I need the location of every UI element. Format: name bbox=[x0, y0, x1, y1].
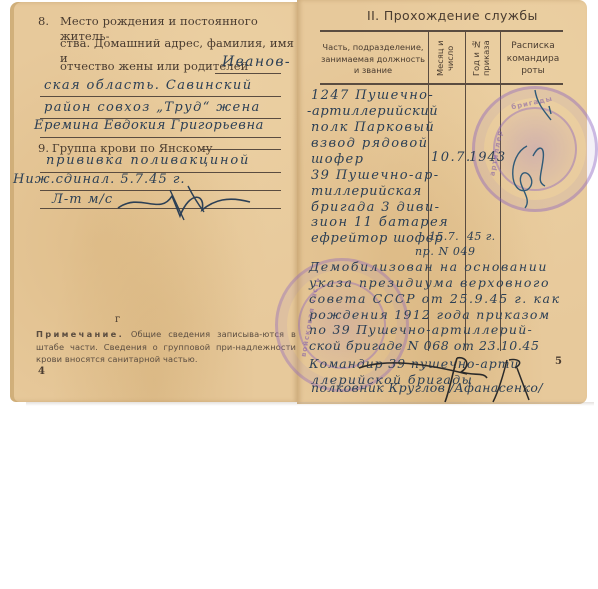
rule bbox=[40, 190, 281, 191]
right-page: II. Прохождение службы Часть, подразделе… bbox=[297, 0, 587, 404]
service-entry: 1247 Пушечно- bbox=[311, 88, 434, 104]
table-header-rule bbox=[320, 83, 563, 85]
demob-line: Демобилизован на основании bbox=[309, 259, 548, 275]
service-entry: полк Парковый bbox=[311, 120, 435, 136]
demob-line: ской бригаде N 068 от 23.10.45 bbox=[309, 338, 540, 354]
item8-number: 8. bbox=[38, 14, 49, 29]
header-year-order: Год и № приказа bbox=[471, 36, 495, 80]
service-entry: -артиллерийский bbox=[307, 104, 438, 120]
demob-line: рождения 1912 года приказом bbox=[309, 307, 550, 323]
rule bbox=[40, 96, 281, 97]
rule bbox=[40, 208, 281, 209]
official-stamp-upper: бригады артиллер bbox=[472, 86, 598, 212]
header-commander-sign: Расписка командира роты bbox=[502, 40, 564, 78]
commander-signature-line: полковник Круглов /Афанасенко/ bbox=[311, 380, 543, 396]
margin-mark: г bbox=[115, 312, 120, 327]
left-page: 8. Место рождения и постоянного житель- … bbox=[10, 2, 298, 402]
section-title: II. Прохождение службы bbox=[367, 8, 538, 23]
service-entry: тиллерийская bbox=[311, 184, 422, 200]
page-shadow bbox=[26, 402, 594, 406]
commander-line: Командир 39 пушечно-арти bbox=[309, 356, 519, 372]
rule bbox=[200, 149, 281, 150]
military-booklet-spread: 8. Место рождения и постоянного житель- … bbox=[10, 0, 587, 404]
item8-hand-line: Еремина Евдокия Григорьевна bbox=[34, 118, 264, 134]
table-top-rule bbox=[320, 30, 563, 32]
item8-hand-start: Иванов- bbox=[222, 54, 291, 70]
header-month-day: Месяц и число bbox=[435, 36, 459, 80]
note-block: Примечание. Общие сведения записыва-ются… bbox=[36, 328, 296, 366]
service-entry: бригада 3 диви- bbox=[311, 200, 440, 216]
demob-line: совета СССР от 25.9.45 г. как bbox=[309, 291, 561, 307]
rule bbox=[215, 73, 281, 74]
item9-hand-line: Л-т м/с bbox=[52, 192, 113, 208]
service-entry: шофер bbox=[311, 152, 364, 168]
service-date: 10.7. bbox=[431, 150, 472, 166]
item8-line3: отчество жены или родителей bbox=[60, 59, 248, 74]
medic-signature bbox=[110, 182, 260, 224]
service-year: 1943 bbox=[469, 150, 506, 166]
page-number-right: 5 bbox=[555, 356, 562, 367]
item8-hand-line: ская область. Савинский bbox=[44, 78, 252, 94]
note-title: Примечание. bbox=[36, 329, 124, 339]
page-number-left: 4 bbox=[38, 366, 45, 377]
demob-line: по 39 Пушечно-артиллерий- bbox=[309, 322, 533, 338]
demob-line: указа президиума верховного bbox=[309, 275, 550, 291]
service-date: 15.7. bbox=[429, 229, 459, 245]
item9-hand-line: Ниж.сдинал. 5.7.45 г. bbox=[13, 172, 186, 188]
service-entry: 39 Пушечно-ар- bbox=[311, 168, 440, 184]
service-entry: взвод рядовой bbox=[311, 136, 428, 152]
item9-hand-line: прививка поливакциной bbox=[46, 153, 250, 169]
item8-hand-line: район совхоз „Труд“ жена bbox=[44, 100, 261, 116]
rule bbox=[40, 137, 281, 138]
service-year: 45 г. bbox=[467, 229, 496, 245]
header-unit: Часть, подразделение, занимаемая должнос… bbox=[317, 42, 429, 77]
order-number: пр. N 049 bbox=[415, 244, 476, 260]
